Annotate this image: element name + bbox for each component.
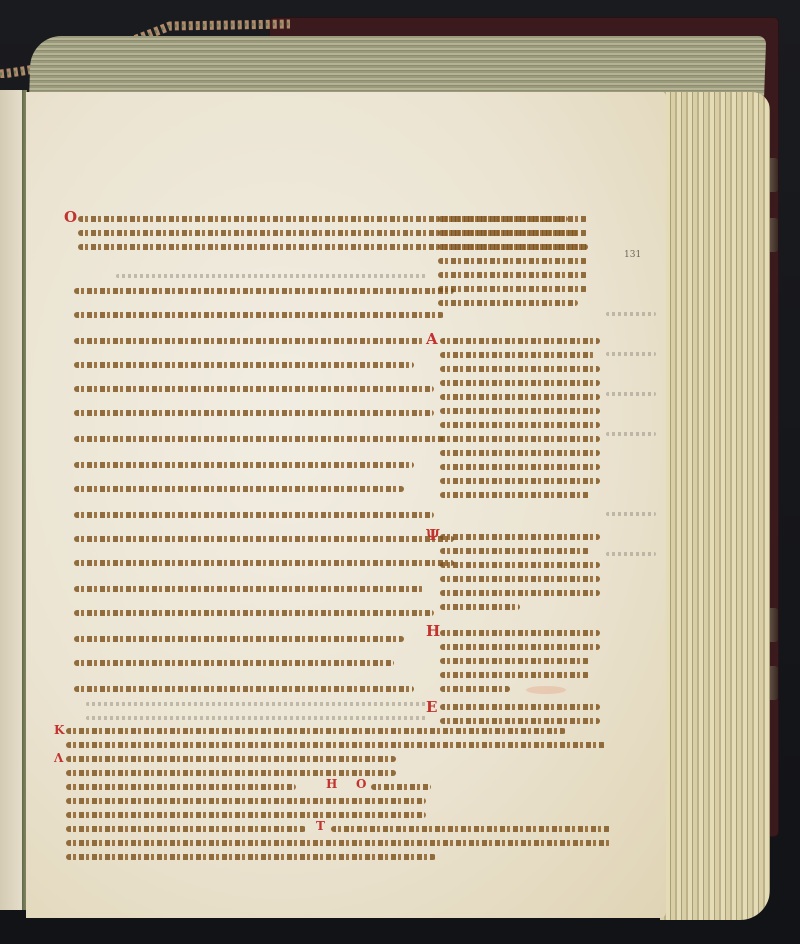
scholion-line bbox=[440, 658, 590, 664]
text-line bbox=[74, 288, 454, 294]
margin-note bbox=[606, 512, 656, 516]
scholion-line bbox=[440, 450, 600, 456]
scholion-line bbox=[440, 408, 600, 414]
scholion-line bbox=[438, 286, 588, 292]
text-line bbox=[74, 586, 424, 592]
text-line bbox=[74, 660, 394, 666]
commentary-line bbox=[66, 826, 306, 832]
text-block-fore-edge bbox=[660, 92, 770, 920]
manuscript-page: 131 Ο Α Ψ Η Ε bbox=[26, 92, 666, 918]
text-line bbox=[74, 512, 434, 518]
margin-note bbox=[606, 552, 656, 556]
margin-note bbox=[606, 392, 656, 396]
scholion-line bbox=[440, 464, 600, 470]
red-stain bbox=[526, 686, 566, 694]
text-line bbox=[74, 610, 434, 616]
rubric-initial: Κ bbox=[54, 724, 64, 736]
text-line bbox=[74, 386, 434, 392]
rubric-initial: Α bbox=[426, 332, 438, 347]
scholion-line bbox=[438, 300, 578, 306]
rubric-initial: Λ bbox=[54, 752, 63, 764]
scholion-line bbox=[440, 562, 600, 568]
margin-note bbox=[606, 312, 656, 316]
scholion-line bbox=[440, 394, 600, 400]
scholion-line bbox=[438, 272, 588, 278]
margin-note bbox=[606, 352, 656, 356]
rubric-initial: Ο bbox=[64, 210, 77, 225]
scholion-line bbox=[440, 366, 600, 372]
scholion-line bbox=[440, 534, 600, 540]
scholion-line bbox=[440, 478, 600, 484]
text-line bbox=[74, 560, 454, 566]
commentary-line bbox=[66, 840, 611, 846]
commentary-line bbox=[66, 784, 296, 790]
scholion-line bbox=[440, 686, 510, 692]
text-line bbox=[74, 636, 404, 642]
commentary-line bbox=[66, 728, 566, 734]
scholion-line bbox=[440, 630, 600, 636]
text-line bbox=[74, 362, 414, 368]
scholion-line bbox=[440, 380, 600, 386]
folio-number: 131 bbox=[624, 250, 641, 260]
scholion-line bbox=[440, 492, 590, 498]
scholion-line bbox=[440, 590, 600, 596]
scholion-line bbox=[440, 338, 600, 344]
scholion-line bbox=[438, 216, 588, 222]
scholion-line bbox=[440, 704, 600, 710]
text-line bbox=[74, 312, 444, 318]
rubric-initial: Ψ bbox=[426, 528, 440, 543]
commentary-line bbox=[371, 784, 431, 790]
commentary-line bbox=[66, 742, 606, 748]
commentary-line bbox=[66, 770, 396, 776]
commentary-line bbox=[66, 756, 396, 762]
rubric-initial: Η bbox=[426, 624, 440, 639]
text-line bbox=[74, 436, 444, 442]
scholion-line bbox=[440, 576, 600, 582]
text-line bbox=[74, 486, 404, 492]
faint-scholion bbox=[86, 716, 426, 720]
scholion-line bbox=[440, 548, 590, 554]
text-line bbox=[74, 410, 434, 416]
text-line bbox=[74, 462, 414, 468]
commentary-line bbox=[66, 854, 436, 860]
rubric-initial: Τ bbox=[316, 820, 325, 832]
commentary-line bbox=[66, 812, 426, 818]
interlinear-gloss bbox=[116, 274, 426, 278]
scholion-line bbox=[438, 230, 588, 236]
scholion-line bbox=[440, 604, 520, 610]
faint-scholion bbox=[86, 702, 426, 706]
rubric-initial: Ο bbox=[356, 778, 366, 790]
scholion-line bbox=[438, 258, 588, 264]
commentary-line bbox=[331, 826, 611, 832]
scholion-line bbox=[440, 422, 600, 428]
margin-note bbox=[606, 432, 656, 436]
commentary-line bbox=[66, 798, 426, 804]
scholion-line bbox=[440, 436, 600, 442]
text-line bbox=[74, 536, 454, 542]
rubric-initial: Η bbox=[326, 778, 337, 790]
rubric-initial: Ε bbox=[426, 700, 437, 715]
scholion-line bbox=[440, 352, 595, 358]
scholion-line bbox=[440, 672, 590, 678]
text-line bbox=[74, 338, 424, 344]
scholion-line bbox=[440, 644, 600, 650]
scholion-line bbox=[438, 244, 588, 250]
text-line bbox=[74, 686, 414, 692]
scholion-line bbox=[440, 718, 600, 724]
